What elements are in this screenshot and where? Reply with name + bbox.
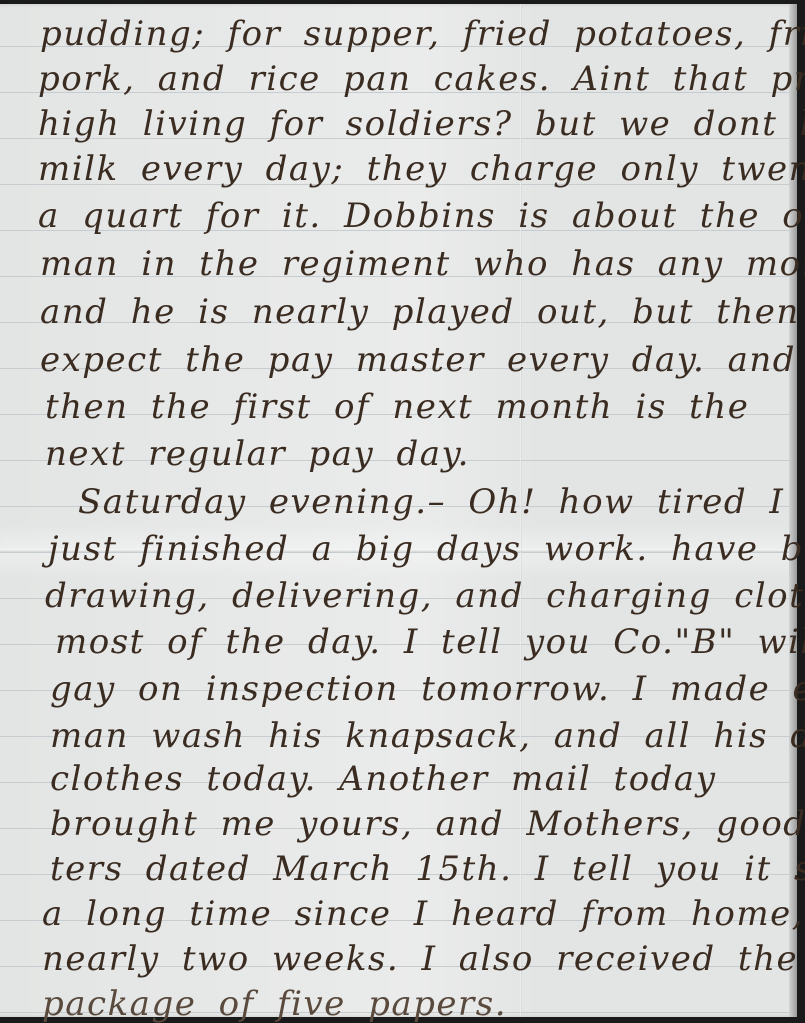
text-line-16: man wash his knapsack, and all his dirty [50,716,805,756]
text-line-4: milk every day; they charge only twenty … [38,149,805,189]
text-line-2: pork, and rice pan cakes. Aint that pret… [38,59,805,99]
text-line-7: and he is nearly played out, but then we [40,292,805,332]
text-line-15: gay on inspection tomorrow. I made every [50,669,805,709]
text-line-3: high living for soldiers? but we dont ha… [38,104,805,144]
text-line-13: drawing, delivering, and charging clothi… [45,576,805,616]
text-line-19: ters dated March 15th. I tell you it see… [50,849,805,889]
text-line-12: just finished a big days work. have been [48,529,805,569]
text-line-22: package of five papers. [42,984,507,1023]
text-line-8: expect the pay master every day. and [40,340,796,380]
text-line-5: a quart for it. Dobbins is about the onl… [38,196,805,236]
text-line-6: man in the regiment who has any money, [40,244,805,284]
letter-page: pudding; for supper, fried potatoes, fri… [0,4,797,1017]
text-line-10: next regular pay day. [45,434,470,474]
text-line-1: pudding; for supper, fried potatoes, fri… [40,14,805,54]
text-line-9: then the first of next month is the [45,387,749,427]
text-line-21: nearly two weeks. I also received the [42,939,798,979]
text-line-20: a long time since I heard from home, [42,894,804,934]
text-line-17: clothes today. Another mail today [50,759,716,799]
text-line-18: brought me yours, and Mothers, good let- [50,804,805,844]
text-line-11: Saturday evening.– Oh! how tired I am, I… [78,482,805,522]
text-line-14: most of the day. I tell you Co."B" will … [55,622,805,662]
